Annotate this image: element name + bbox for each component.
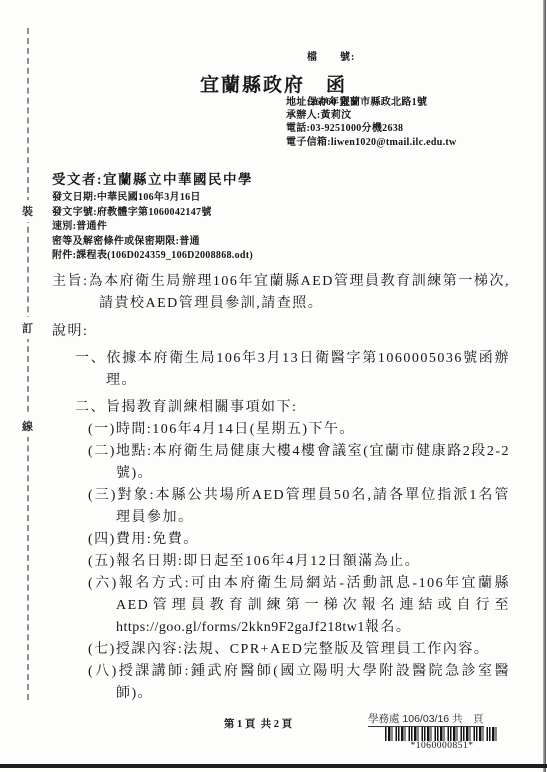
binding-char-zhuang: 裝 [20, 200, 35, 222]
sub-item-5-label: (五) [88, 554, 116, 569]
subject-paragraph: 主旨:為本府衛生局辦理106年宜蘭縣AED管理員教育訓練第一梯次,請貴校AED管… [52, 271, 510, 315]
sender-address: 地址:26060 宜蘭市縣政北路1號 [286, 96, 457, 109]
registration-url: https://goo.gl/forms/2kkn9F2gaJf218tw1 [116, 620, 365, 635]
page-number: 第 1 頁 共 2 頁 [163, 716, 353, 731]
binding-char-ding: 訂 [20, 317, 35, 339]
binding-char-xian: 線 [20, 415, 35, 437]
received-stamp: 學務處 106/03/16 共 頁 *1060000851* [368, 709, 513, 751]
stamp-office-date: 學務處 106/03/16 共 頁 [368, 711, 484, 727]
sub-item-7-label: (七) [88, 642, 116, 657]
sub-item-6-label: (六) [88, 576, 118, 591]
item-2-text: 旨揭教育訓練相關事項如下: [106, 400, 297, 415]
sub-item-8-text: 授課講師:鍾武府醫師(國立陽明大學附設醫院急診室醫師)。 [116, 664, 510, 701]
subject-text: 為本府衛生局辦理106年宜蘭縣AED管理員教育訓練第一梯次,請貴校AED管理員參… [88, 274, 510, 311]
sub-item-registration-date: (五)報名日期:即日起至106年4月12日額滿為止。 [88, 551, 510, 573]
sub-item-time: (一)時間:106年4月14日(星期五)下午。 [88, 419, 510, 441]
explanation-item-1: 一、依據本府衛生局106年3月13日衛醫字第1060005036號函辦理。 [75, 348, 510, 392]
recipient-line: 受文者:宜蘭縣立中華國民中學 [52, 168, 253, 188]
meta-attachment: 附件:課程表(106D024359_106D2008868.odt) [52, 249, 253, 264]
sender-phone: 電話:03-9251000分機2638 [286, 122, 457, 135]
sub-item-6-text-after: 報名。 [365, 620, 412, 635]
letter-body: 主旨:為本府衛生局辦理106年宜蘭縣AED管理員教育訓練第一梯次,請貴校AED管… [52, 271, 510, 705]
subject-label: 主旨: [52, 274, 88, 289]
sub-item-4-label: (四) [88, 532, 116, 547]
sub-item-4-text: 費用:免費。 [116, 532, 199, 547]
item-2-label: 二、 [75, 400, 106, 415]
sender-contact-person: 承辦人:黃莉汶 [286, 109, 457, 122]
binding-dashed-line [27, 28, 29, 700]
explanation-item-2: 二、旨揭教育訓練相關事項如下: [75, 397, 510, 419]
meta-security-class: 密等及解密條件或保密期限:普通 [52, 235, 253, 250]
sub-item-3-text: 對象:本縣公共場所AED管理員50名,請各單位指派1名管理員參加。 [116, 488, 510, 525]
item-1-label: 一、 [75, 351, 106, 366]
sub-item-1-text: 時間:106年4月14日(星期五)下午。 [116, 422, 355, 437]
sub-item-2-label: (二) [88, 444, 116, 459]
scan-edge-bottom [0, 764, 547, 768]
sender-contact-block: 地址:26060 宜蘭市縣政北路1號 承辦人:黃莉汶 電話:03-9251000… [286, 96, 457, 149]
sub-item-fee: (四)費用:免費。 [88, 529, 510, 551]
sub-item-audience: (三)對象:本縣公共場所AED管理員50名,請各單位指派1名管理員參加。 [88, 485, 510, 529]
archive-file-no-label: 檔 號: [307, 50, 355, 65]
sub-item-6-text-before: 報名方式:可由本府衛生局網站-活動訊息-106年宜蘭縣AED管理員教育訓練第一梯… [116, 576, 510, 613]
sub-item-location: (二)地點:本府衛生局健康大樓4樓會議室(宜蘭市健康路2段2-2號)。 [88, 441, 510, 485]
document-meta-block: 發文日期:中華民國106年3月16日 發文字號:府教體字第1060042147號… [52, 191, 253, 264]
official-letter-page: 裝 訂 線 檔 號: 保存年限: 宜蘭縣政府 函 地址:26060 宜蘭市縣政北… [0, 0, 547, 772]
sub-item-lecturer: (八)授課講師:鍾武府醫師(國立陽明大學附設醫院急診室醫師)。 [88, 661, 510, 705]
item-1-text: 依據本府衛生局106年3月13日衛醫字第1060005036號函辦理。 [106, 351, 510, 388]
sub-item-course-content: (七)授課內容:法規、CPR+AED完整版及管理員工作內容。 [88, 639, 510, 661]
sub-item-8-label: (八) [88, 664, 118, 679]
sub-item-2-text: 地點:本府衛生局健康大樓4樓會議室(宜蘭市健康路2段2-2號)。 [116, 444, 510, 481]
sub-item-registration-method: (六)報名方式:可由本府衛生局網站-活動訊息-106年宜蘭縣AED管理員教育訓練… [88, 573, 510, 639]
sub-item-3-label: (三) [88, 488, 117, 503]
sub-item-7-text: 授課內容:法規、CPR+AED完整版及管理員工作內容。 [116, 642, 490, 657]
barcode-number: *1060000851* [385, 741, 499, 751]
sub-item-1-label: (一) [88, 422, 116, 437]
explanation-label: 說明: [52, 321, 510, 343]
scan-edge-right [543, 0, 546, 772]
meta-issue-date: 發文日期:中華民國106年3月16日 [52, 191, 253, 206]
barcode-image [385, 727, 499, 741]
meta-speed-class: 速別:普通件 [52, 220, 253, 235]
meta-issue-number: 發文字號:府教體字第1060042147號 [52, 206, 253, 221]
sub-item-5-text: 報名日期:即日起至106年4月12日額滿為止。 [116, 554, 420, 569]
document-title: 宜蘭縣政府 函 [0, 70, 547, 97]
sender-email: 電子信箱:liwen1020@tmail.ilc.edu.tw [286, 136, 457, 149]
